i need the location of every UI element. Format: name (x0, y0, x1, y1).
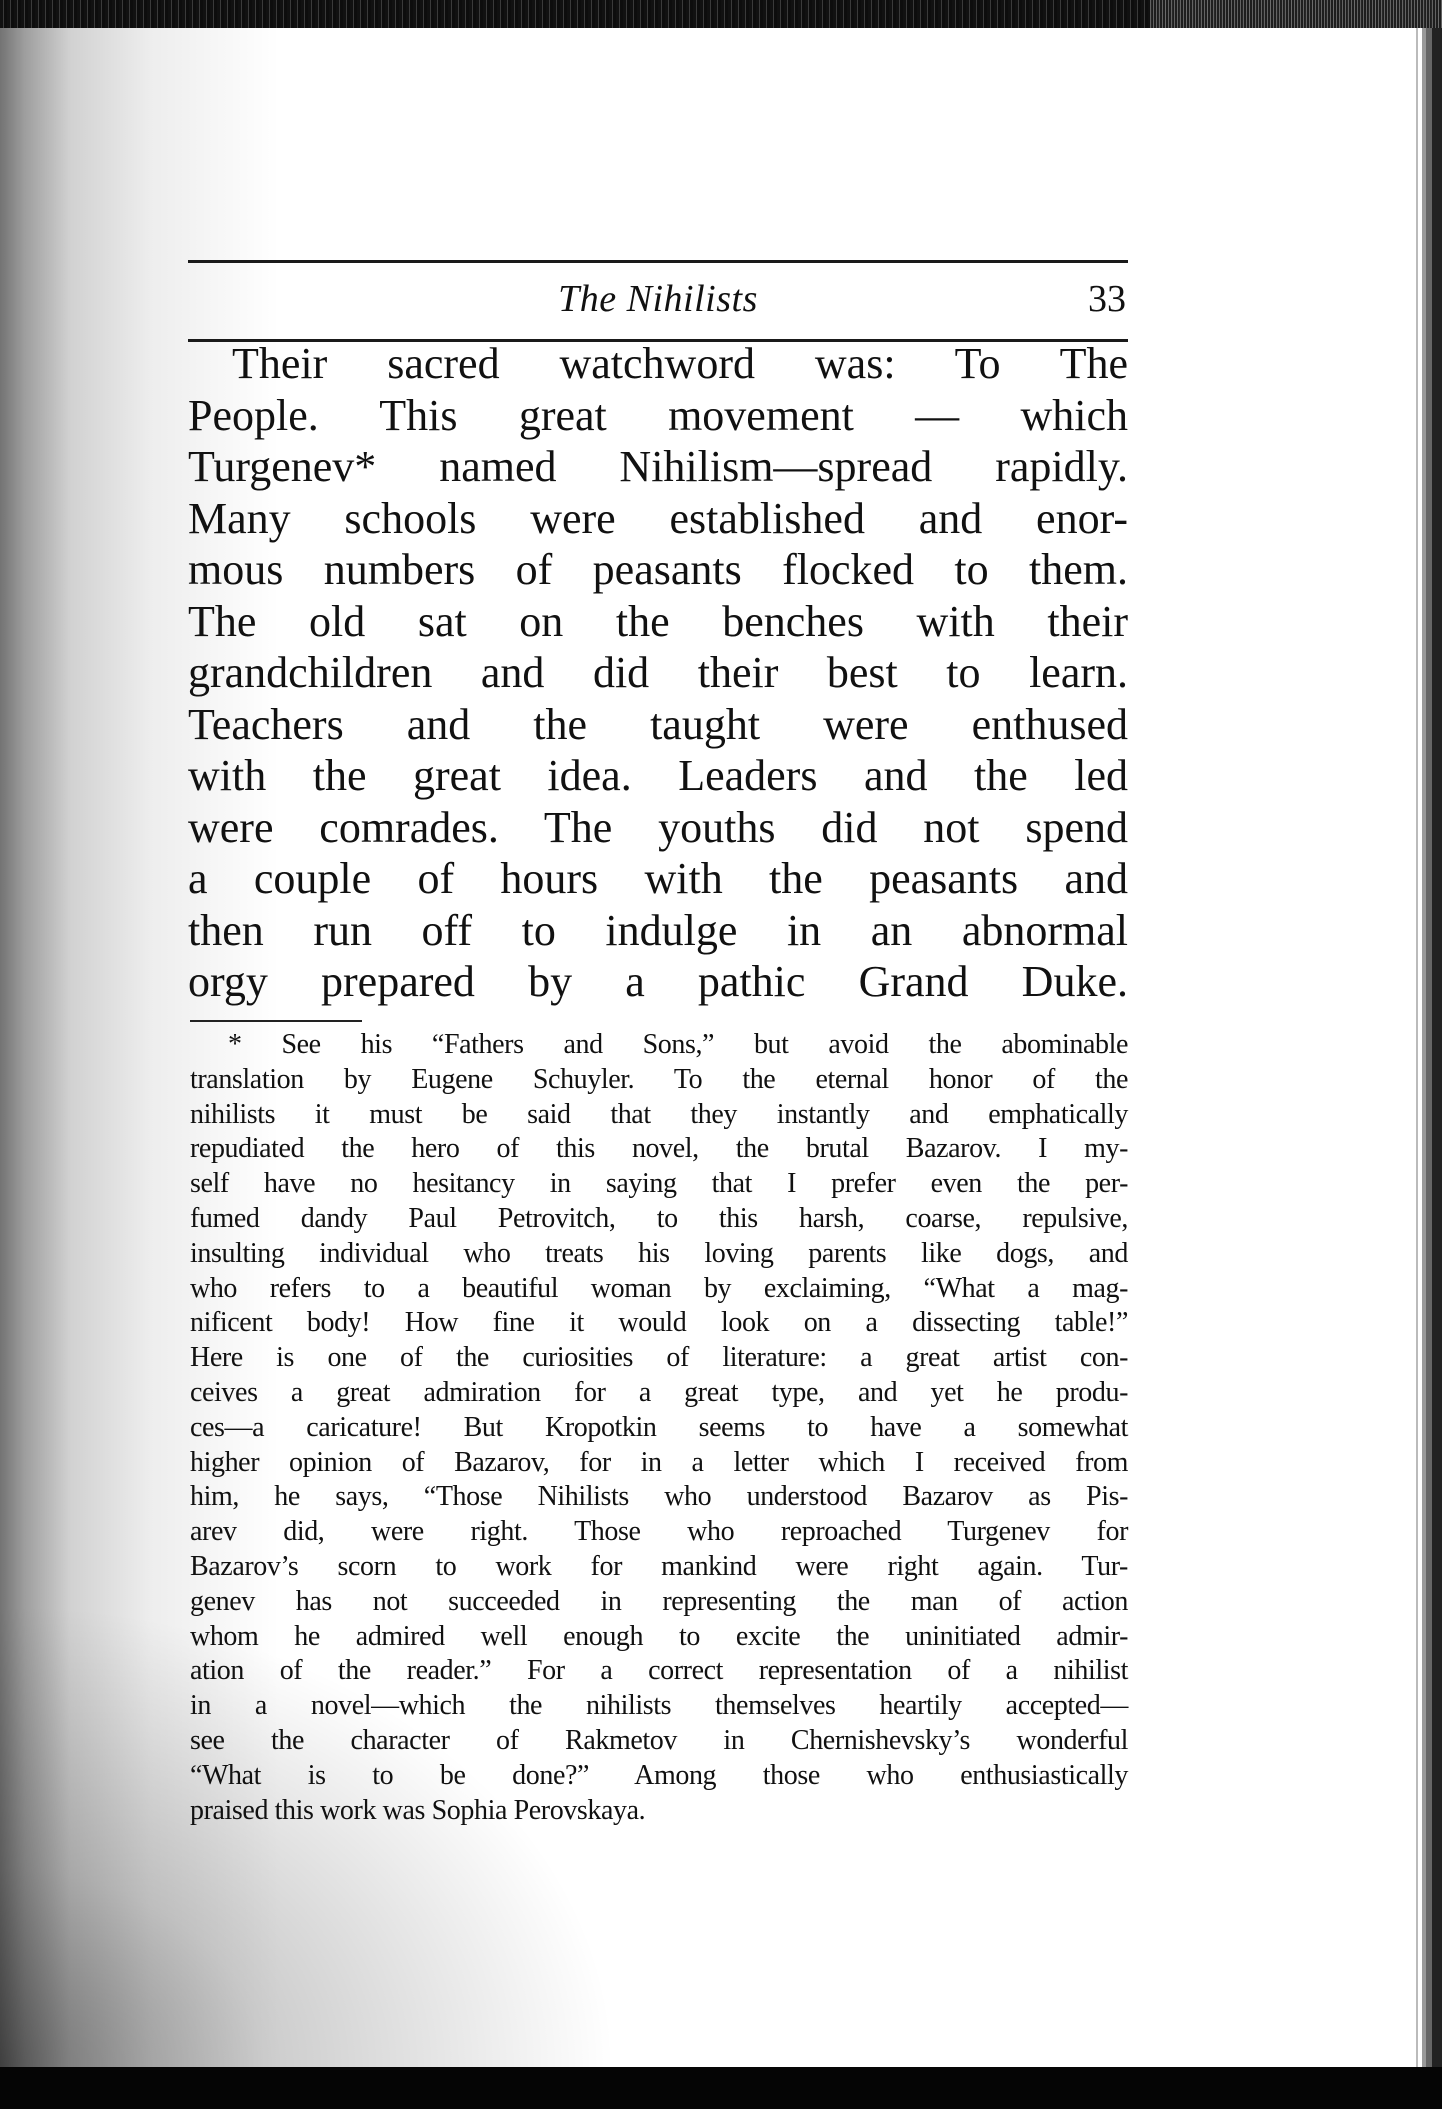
body-line: People. This great movement — which (188, 390, 1128, 442)
body-line: orgy prepared by a pathic Grand Duke. (188, 956, 1128, 1008)
page-number: 33 (1088, 277, 1126, 321)
footnote-line: higher opinion of Bazarov, for in a lett… (190, 1446, 1128, 1481)
body-line: Many schools were established and enor- (188, 493, 1128, 545)
footnote-line: translation by Eugene Schuyler. To the e… (190, 1063, 1128, 1098)
footnote-line: * See his “Fathers and Sons,” but avoid … (190, 1028, 1128, 1063)
footnote-line: ation of the reader.” For a correct repr… (190, 1654, 1128, 1689)
body-line: Teachers and the taught were enthused (188, 699, 1128, 751)
footnote-line: ces—a caricature! But Kropotkin seems to… (190, 1411, 1128, 1446)
footnote-line: arev did, were right. Those who reproach… (190, 1515, 1128, 1550)
footnote-line: Bazarov’s scorn to work for mankind were… (190, 1550, 1128, 1585)
body-line: a couple of hours with the peasants and (188, 853, 1128, 905)
footnote-rule (190, 1020, 362, 1022)
footnote: * See his “Fathers and Sons,” but avoid … (190, 1028, 1128, 1828)
body-line: The old sat on the benches with their (188, 596, 1128, 648)
body-line: grandchildren and did their best to lear… (188, 647, 1128, 699)
footnote-line: fumed dandy Paul Petrovitch, to this har… (190, 1202, 1128, 1237)
body-line: with the great idea. Leaders and the led (188, 750, 1128, 802)
body-paragraph: Their sacred watchword was: To The Peopl… (188, 338, 1128, 1008)
body-line: mous numbers of peasants flocked to them… (188, 544, 1128, 596)
running-title: The Nihilists (188, 277, 1128, 321)
footnote-line: insulting individual who treats his lovi… (190, 1237, 1128, 1272)
body-line: then run off to indulge in an abnormal (188, 905, 1128, 957)
footnote-line: see the character of Rakmetov in Chernis… (190, 1724, 1128, 1759)
footnote-line: nihilists it must be said that they inst… (190, 1098, 1128, 1133)
footnote-line: self have no hesitancy in saying that I … (190, 1167, 1128, 1202)
footnote-line: Here is one of the curiosities of litera… (190, 1341, 1128, 1376)
body-line: Turgenev* named Nihilism—spread rapidly. (188, 441, 1128, 493)
footnote-line: repudiated the hero of this novel, the b… (190, 1132, 1128, 1167)
footnote-line: praised this work was Sophia Perovskaya. (190, 1794, 1128, 1829)
footnote-line: nificent body! How fine it would look on… (190, 1306, 1128, 1341)
body-line: were comrades. The youths did not spend (188, 802, 1128, 854)
footnote-line: him, he says, “Those Nihilists who under… (190, 1480, 1128, 1515)
scan-border-right (1412, 28, 1442, 2067)
footnote-line: who refers to a beautiful woman by excla… (190, 1272, 1128, 1307)
footnote-line: in a novel—which the nihilists themselve… (190, 1689, 1128, 1724)
footnote-line: whom he admired well enough to excite th… (190, 1620, 1128, 1655)
scan-border-top (0, 0, 1442, 28)
body-line: Their sacred watchword was: To The (188, 338, 1128, 390)
footnote-line: “What is to be done?” Among those who en… (190, 1759, 1128, 1794)
scan-border-bottom (0, 2067, 1442, 2109)
footnote-line: genev has not succeeded in representing … (190, 1585, 1128, 1620)
page-header: The Nihilists 33 (188, 260, 1128, 342)
footnote-line: ceives a great admiration for a great ty… (190, 1376, 1128, 1411)
